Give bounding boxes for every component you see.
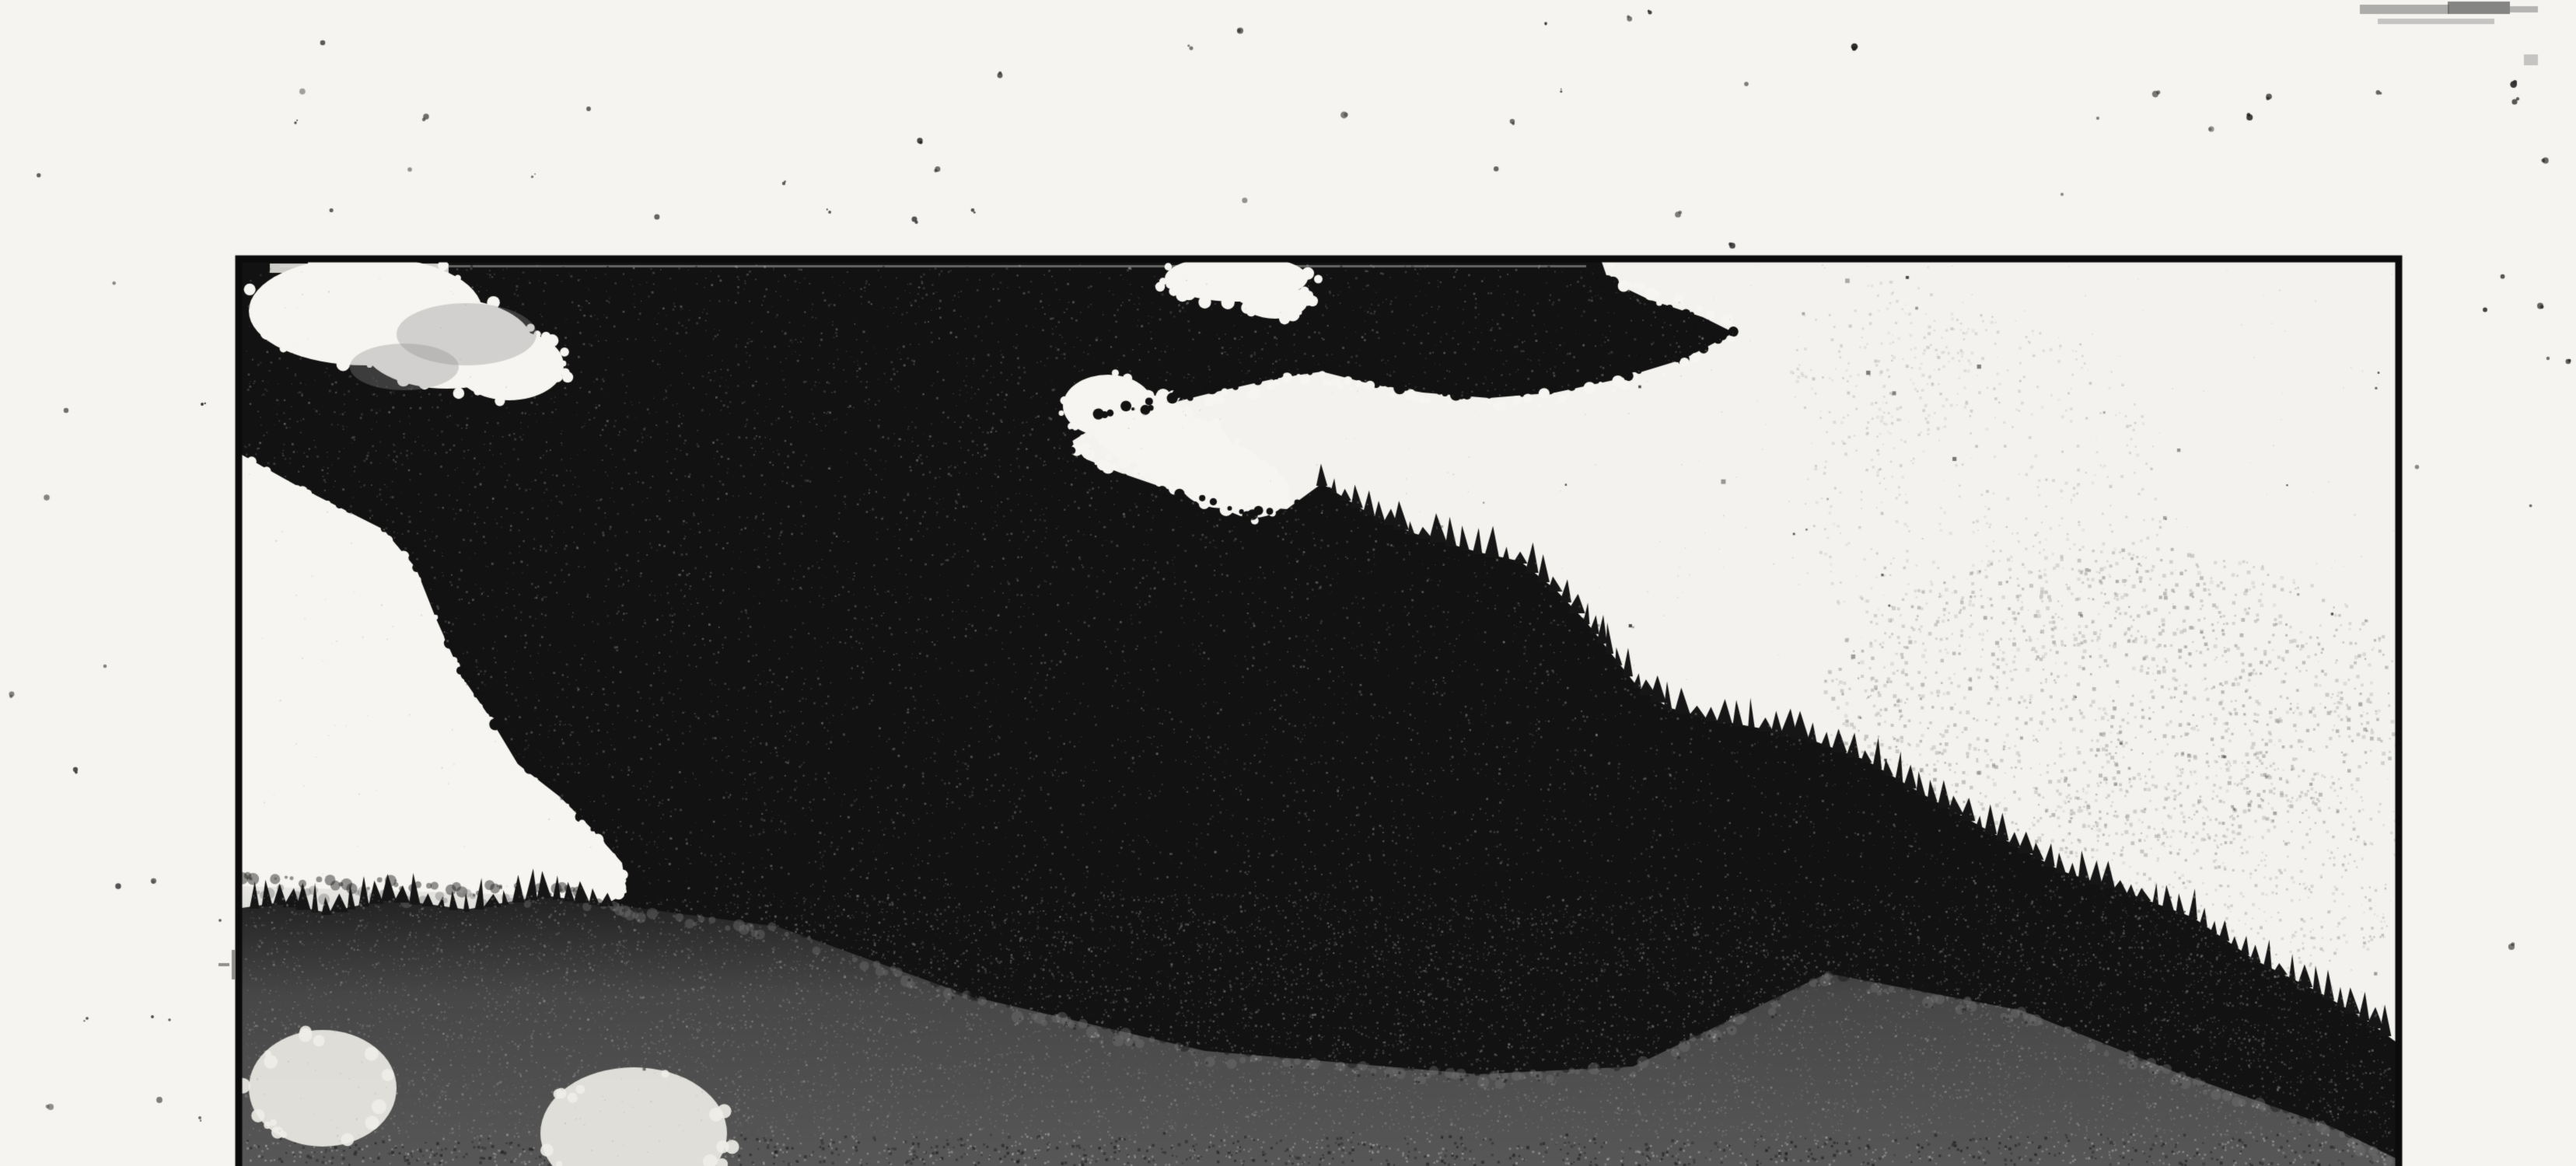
halftone-photo-scan-canvas — [0, 0, 2576, 1166]
scanned-document-page — [0, 0, 2576, 1166]
